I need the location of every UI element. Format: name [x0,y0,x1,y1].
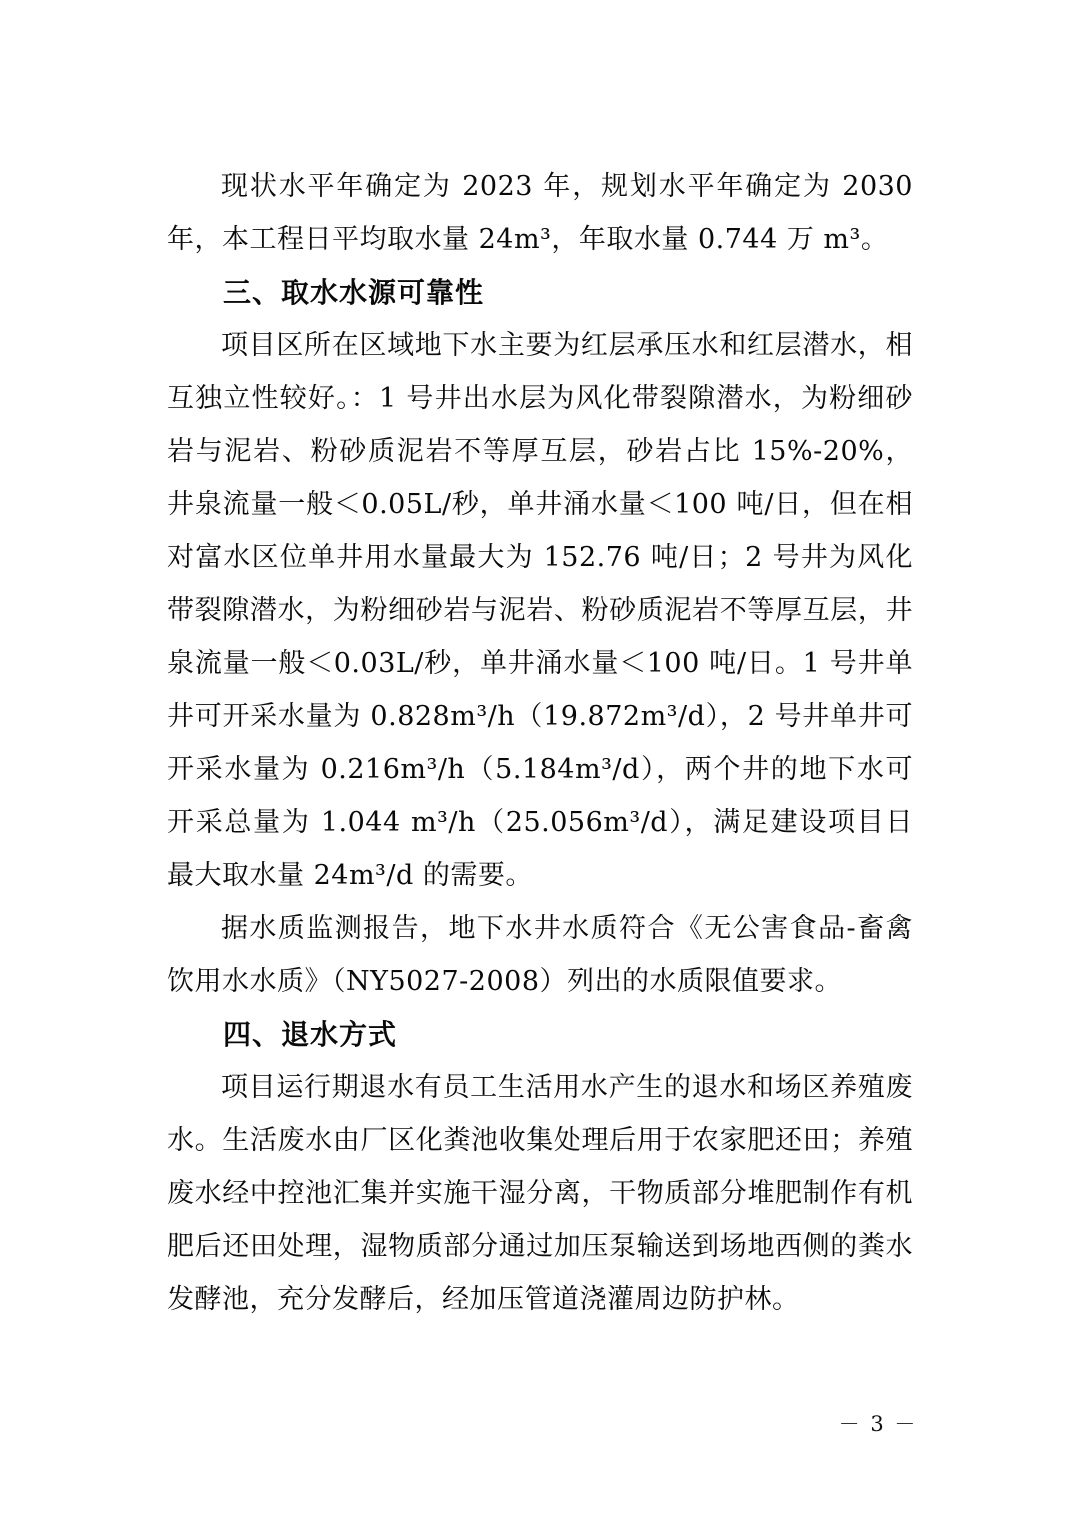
paragraph-planning-years: 现状水平年确定为 2023 年，规划水平年确定为 2030 年，本工程日平均取水… [167,160,913,266]
page-number: － 3 － [838,1408,918,1440]
heading-drainage-method: 四、退水方式 [167,1008,913,1061]
heading-water-source-reliability: 三、取水水源可靠性 [167,266,913,319]
paragraph-drainage-description: 项目运行期退水有员工生活用水产生的退水和场区养殖废水。生活废水由厂区化粪池收集处… [167,1061,913,1326]
document-body: 现状水平年确定为 2023 年，规划水平年确定为 2030 年，本工程日平均取水… [167,160,913,1326]
paragraph-water-quality: 据水质监测报告，地下水井水质符合《无公害食品-畜禽饮用水水质》（NY5027-2… [167,902,913,1008]
paragraph-groundwater-wells: 项目区所在区域地下水主要为红层承压水和红层潜水，相互独立性较好。：1 号井出水层… [167,319,913,902]
document-page: 现状水平年确定为 2023 年，规划水平年确定为 2030 年，本工程日平均取水… [0,0,1074,1520]
